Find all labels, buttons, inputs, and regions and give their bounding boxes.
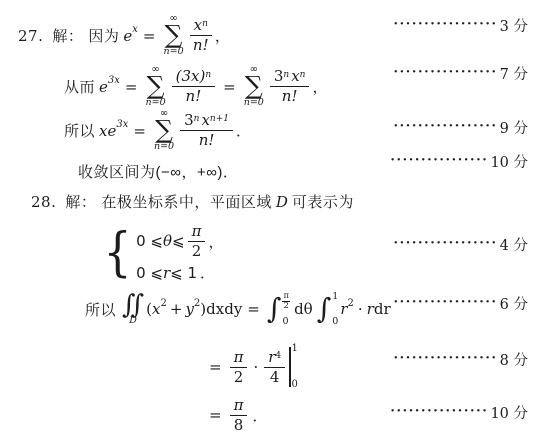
- coef-3: 3: [274, 68, 284, 85]
- system-row-r: 0 ⩽ r ⩽ 1 ．: [136, 262, 215, 283]
- sup-3x: 3x: [108, 75, 120, 86]
- var-r: r: [340, 300, 347, 318]
- d-theta: dθ: [294, 300, 313, 318]
- den-2: 2: [234, 368, 244, 386]
- sigma-symbol: ∑: [245, 74, 263, 98]
- sup-2: 2: [194, 298, 200, 309]
- domain-D: D: [129, 316, 137, 326]
- line-28-head: 28. 解： 在极坐标系中，平面区域 D 可表示为: [31, 191, 354, 212]
- sigma-symbol: ∑: [155, 118, 173, 142]
- frac-num-sup: n: [205, 71, 211, 81]
- var-e: e: [99, 78, 108, 96]
- var-y: y: [185, 300, 193, 318]
- equals: =: [247, 300, 260, 318]
- score-label: 3 分: [500, 15, 528, 36]
- den-4: 4: [270, 368, 280, 386]
- left-brace: {: [103, 227, 131, 279]
- lead-therefore: 所以: [85, 299, 116, 320]
- var-x: x: [201, 112, 209, 129]
- fraction: 3n xn+1 n!: [180, 112, 233, 148]
- score-7: ················· 7 分: [394, 63, 528, 84]
- summation: ∞ ∑ n=0: [146, 66, 166, 107]
- dr: dr: [374, 300, 391, 318]
- comma: ，: [208, 231, 223, 252]
- line-28-eval: = π 2 · r4 4 1 0: [204, 344, 298, 390]
- fraction-r4-4: r4 4: [264, 349, 285, 385]
- polar-system: { 0 ⩽ θ ⩽ π 2 ， 0 ⩽ r ⩽ 1 ．: [101, 223, 223, 283]
- line-27-3: 所以 xe3x = ∞ ∑ n=0 3n xn+1 n! ．: [64, 110, 251, 151]
- line-28-final: = π 8 ．: [204, 397, 267, 433]
- sigma-symbol: ∑: [147, 74, 165, 98]
- score-label: 4 分: [500, 234, 528, 255]
- dotted-leader: ·················: [394, 120, 498, 133]
- sup-3x: 3x: [116, 119, 128, 130]
- score-6: ················· 6 分: [394, 293, 528, 314]
- coef-3: 3: [184, 112, 194, 129]
- lead-thus: 从而: [64, 76, 95, 97]
- sum-lower-limit: n=0: [244, 98, 264, 108]
- dotted-leader: ·················: [394, 296, 498, 309]
- eval-upper-1: 1: [292, 344, 298, 354]
- dotted-leader: ·················: [394, 66, 498, 79]
- solution-label-28: 解：: [65, 191, 96, 212]
- score-10-b: ················ 10 分: [390, 402, 528, 423]
- sup-n: n: [300, 71, 306, 81]
- score-10-a: ················ 10 分: [390, 151, 528, 172]
- double-integral: ∬ D: [122, 292, 144, 326]
- fraction: xn n!: [190, 17, 212, 53]
- score-label: 8 分: [500, 349, 528, 370]
- vertical-bar: [289, 347, 290, 387]
- var-x: x: [152, 300, 160, 318]
- sup-n: n: [283, 71, 289, 81]
- equals: =: [143, 27, 156, 45]
- sum-lower-limit: n=0: [146, 98, 166, 108]
- fraction-pi-8: π 8: [230, 397, 248, 433]
- dxdy: dxdy: [206, 300, 242, 318]
- fraction: (3x)n n!: [172, 68, 216, 104]
- sup-2: 2: [160, 298, 166, 309]
- score-label: 7 分: [500, 63, 528, 84]
- evaluation-bar: 1 0: [289, 344, 298, 390]
- var-x: x: [291, 68, 299, 85]
- score-4: ················· 4 分: [394, 234, 528, 255]
- line-27-4: 收敛区间为(−∞，+∞)．: [78, 161, 238, 182]
- frac-num-sup: n: [202, 20, 208, 30]
- fraction-pi-2: π 2: [230, 349, 248, 385]
- score-label: 6 分: [500, 293, 528, 314]
- ineq-right: ⩽: [172, 232, 185, 250]
- score-3: ················· 3 分: [394, 15, 528, 36]
- score-9: ················· 9 分: [394, 117, 528, 138]
- summation: ∞ ∑ n=0: [164, 15, 184, 56]
- equals: =: [133, 122, 146, 140]
- fraction-pi-2: π 2: [188, 223, 206, 259]
- den-2: 2: [192, 242, 202, 260]
- frac-den: n!: [199, 131, 215, 149]
- ineq-left: 0 ⩽: [136, 264, 163, 282]
- summation: ∞ ∑ n=0: [154, 110, 174, 151]
- integral-theta: ∫ π2 0: [267, 292, 290, 326]
- pi: π: [234, 349, 244, 366]
- comma: ，: [215, 25, 230, 46]
- sigma-symbol: ∑: [165, 23, 183, 47]
- sup-x: x: [132, 24, 138, 35]
- upper-limit-1: 1: [332, 292, 338, 302]
- var-r: r: [268, 349, 275, 366]
- var-e: e: [123, 27, 132, 45]
- sum-lower-limit: n=0: [154, 142, 174, 152]
- lower-limit-0: 0: [332, 317, 338, 327]
- sup-n: n: [194, 115, 200, 125]
- dotted-leader: ················: [390, 154, 488, 167]
- score-8: ················· 8 分: [394, 349, 528, 370]
- ineq-right: ⩽ 1: [170, 264, 197, 282]
- var-theta: θ: [163, 232, 172, 250]
- var-r: r: [367, 300, 374, 318]
- period: ．: [236, 120, 251, 141]
- integral-r: ∫ 1 0: [317, 292, 339, 326]
- head-text-post: 可表示为: [292, 191, 354, 212]
- score-label: 10 分: [490, 402, 528, 423]
- dotted-leader: ················: [390, 405, 488, 418]
- var-x: x: [99, 122, 107, 140]
- head-text-pre: 在极坐标系中，平面区域: [101, 191, 272, 212]
- dotted-leader: ·················: [394, 237, 498, 250]
- score-label: 10 分: [490, 151, 528, 172]
- sup-2: 2: [348, 298, 354, 309]
- line-27-2: 从而 e3x = ∞ ∑ n=0 (3x)n n! = ∞ ∑ n=0 3n x…: [64, 66, 327, 107]
- var-r: r: [163, 264, 170, 282]
- frac-num-base: x: [194, 17, 202, 34]
- solution-label-27: 解：: [52, 25, 83, 46]
- dotted-leader: ·················: [394, 352, 498, 365]
- sup-n-plus-1: n+1: [210, 115, 229, 125]
- frac-den: n!: [193, 36, 209, 54]
- period: ．: [252, 405, 267, 426]
- system-row-theta: 0 ⩽ θ ⩽ π 2 ，: [136, 223, 223, 259]
- ineq-left: 0 ⩽: [136, 232, 163, 250]
- line-28-integral: 所以 ∬ D (x2 + y2 )dxdy = ∫ π2 0 dθ ∫ 1 0 …: [85, 292, 391, 326]
- eval-lower-0: 0: [292, 380, 298, 390]
- upper-limit-pi-2: π2: [282, 292, 290, 310]
- score-label: 9 分: [500, 117, 528, 138]
- equals: =: [125, 78, 138, 96]
- equals: =: [209, 406, 222, 424]
- frac-den: n!: [282, 87, 298, 105]
- question-number-27: 27.: [18, 27, 43, 45]
- comma: ，: [312, 76, 327, 97]
- lead-because: 因为: [88, 25, 119, 46]
- pi: π: [234, 397, 244, 414]
- cdot: ·: [253, 358, 258, 376]
- dotted-leader: ·················: [394, 18, 498, 31]
- equals: =: [209, 358, 222, 376]
- fraction: 3n xn n!: [270, 68, 310, 104]
- lower-limit-0: 0: [282, 317, 290, 327]
- period: ．: [200, 262, 215, 283]
- plus: +: [170, 300, 183, 318]
- line-27-1: 27. 解： 因为 ex = ∞ ∑ n=0 xn n! ，: [18, 15, 230, 56]
- integral-icon: ∫: [267, 295, 282, 323]
- exam-solution-page: 27. 解： 因为 ex = ∞ ∑ n=0 xn n! ， 从而 e3x = …: [0, 0, 540, 439]
- lead-therefore: 所以: [64, 120, 95, 141]
- cdot: ·: [358, 300, 363, 318]
- sum-lower-limit: n=0: [164, 47, 184, 57]
- den-8: 8: [234, 416, 244, 434]
- var-D: D: [276, 193, 288, 211]
- equals: =: [223, 78, 236, 96]
- var-e: e: [107, 122, 116, 140]
- sup-4: 4: [275, 352, 281, 362]
- frac-den: n!: [186, 87, 202, 105]
- integral-icon: ∫: [317, 295, 332, 323]
- frac-num-base: (3x): [176, 68, 206, 85]
- summation: ∞ ∑ n=0: [244, 66, 264, 107]
- convergence-interval-text: 收敛区间为(−∞，+∞)．: [78, 161, 238, 182]
- pi: π: [192, 223, 202, 240]
- question-number-28: 28.: [31, 193, 56, 211]
